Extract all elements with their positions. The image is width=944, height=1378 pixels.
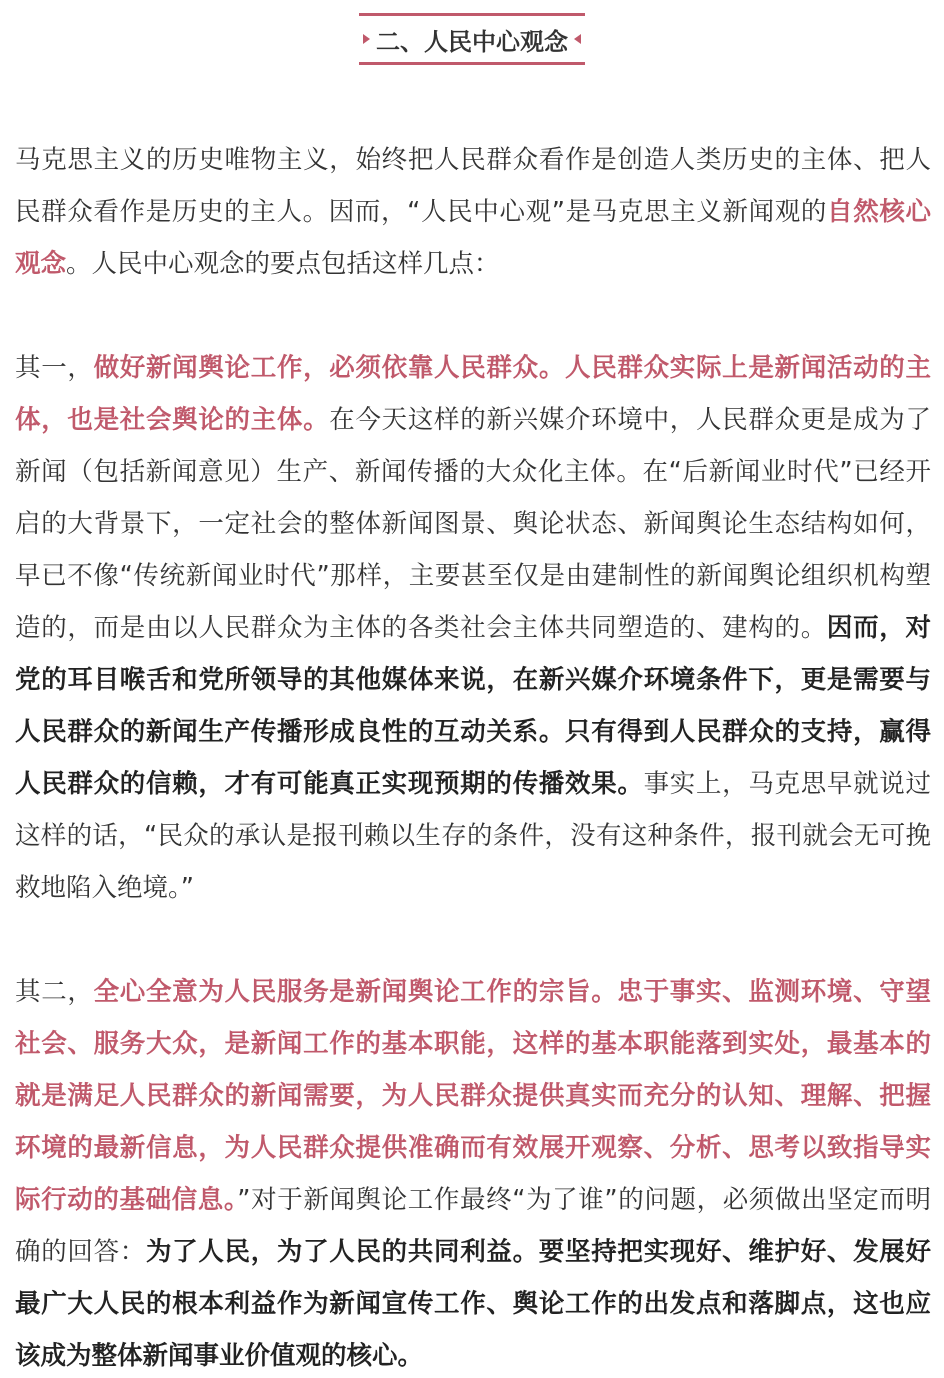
bold-segment: 为了人民，为了人民的共同利益。要坚持把实现好、维护好、发展好最广大人民的根本利益…: [15, 1237, 931, 1371]
text-segment: 在今天这样的新兴媒介环境中，人民群众更是成为了新闻（包括新闻意见）生产、新闻传播…: [15, 405, 931, 643]
triangle-right-icon: [363, 34, 370, 44]
article-page: 二、人民中心观念 马克思主义的历史唯物主义，始终把人民群众看作是创造人类历史的主…: [0, 0, 944, 1378]
paragraph-intro: 马克思主义的历史唯物主义，始终把人民群众看作是创造人类历史的主体、把人民群众看作…: [15, 134, 931, 290]
section-heading-text: 二、人民中心观念: [376, 22, 568, 57]
paragraph-point-one: 其一，做好新闻舆论工作，必须依靠人民群众。人民群众实际上是新闻活动的主体，也是社…: [15, 342, 931, 914]
text-segment: 。人民中心观念的要点包括这样几点：: [66, 249, 500, 279]
text-segment: 其一，: [15, 353, 94, 383]
highlight-segment: 全心全意为人民服务是新闻舆论工作的宗旨。忠于事实、监测环境、守望社会、服务大众，…: [15, 977, 931, 1215]
section-heading: 二、人民中心观念: [359, 13, 585, 65]
triangle-left-icon: [574, 34, 581, 44]
text-segment: 马克思主义的历史唯物主义，始终把人民群众看作是创造人类历史的主体、把人民群众看作…: [15, 145, 931, 227]
paragraph-point-two: 其二，全心全意为人民服务是新闻舆论工作的宗旨。忠于事实、监测环境、守望社会、服务…: [15, 966, 931, 1378]
text-segment: 其二，: [15, 977, 94, 1007]
